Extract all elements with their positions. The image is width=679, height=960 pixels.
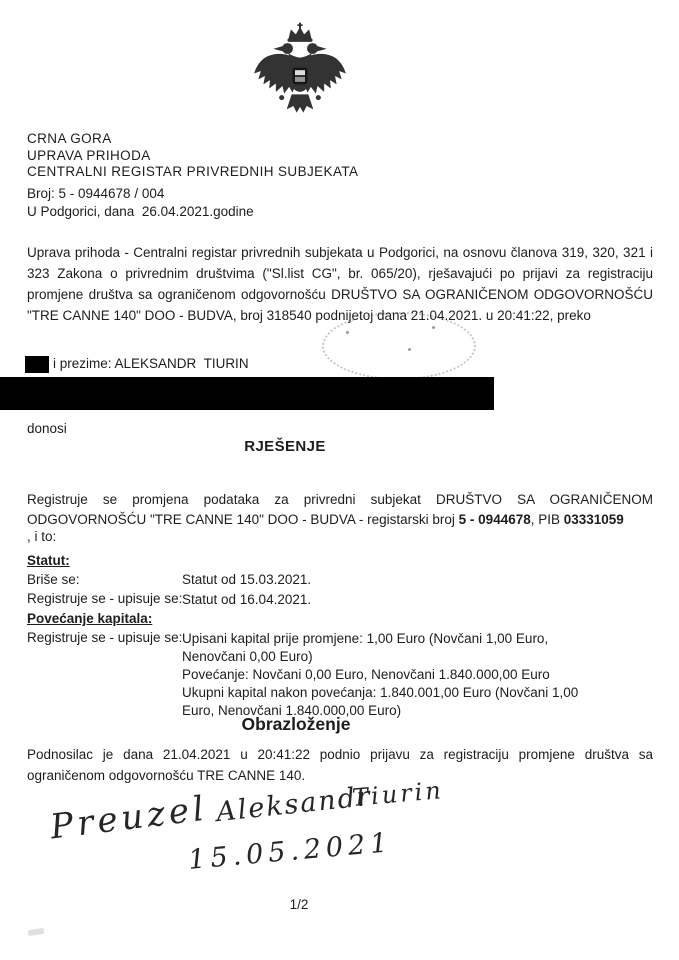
montenegro-coat-of-arms-icon — [250, 20, 350, 132]
section-title-statut: Statut: — [27, 553, 70, 568]
redaction-box-small — [25, 356, 49, 373]
scan-smudge — [28, 928, 45, 936]
handwritten-name-first: Aleksandr — [215, 781, 373, 828]
letterhead-country: CRNA GORA — [27, 131, 358, 148]
row-value-kapital: Upisani kapital prije promjene: 1,00 Eur… — [182, 630, 654, 720]
submitter-label: i prezime: — [53, 356, 115, 371]
row-label: Briše se: — [27, 572, 80, 587]
submitter-name: ALEKSANDR TIURIN — [115, 356, 249, 371]
decision-heading: RJEŠENJE — [244, 438, 326, 455]
donosi-word: donosi — [27, 421, 67, 436]
coat-of-arms — [250, 20, 350, 137]
row-value: Statut od 15.03.2021. — [182, 572, 311, 587]
registry-number: 5 - 0944678 — [459, 512, 531, 527]
letterhead-authority: UPRAVA PRIHODA — [27, 148, 358, 165]
scan-speck — [346, 331, 349, 334]
pib-separator: , PIB — [531, 512, 564, 527]
scan-speck — [408, 348, 411, 351]
explanation-paragraph: Podnosilac je dana 21.04.2021 u 20:41:22… — [27, 744, 653, 786]
row-label: Registruje se - upisuje se: — [27, 630, 182, 645]
letterhead: CRNA GORA UPRAVA PRIHODA CENTRALNI REGIS… — [27, 131, 358, 181]
place-and-date: U Podgorici, dana 26.04.2021.godine — [27, 204, 254, 219]
intro-paragraph: Uprava prihoda - Centralni registar priv… — [27, 242, 653, 326]
page-number: 1/2 — [283, 897, 315, 912]
faint-stamp-remnant — [322, 312, 476, 380]
handwritten-word-preuzel: Preuzel — [48, 789, 210, 848]
pib-number: 03331059 — [564, 512, 624, 527]
row-value: Statut od 16.04.2021. — [182, 592, 311, 607]
row-label: Registruje se - upisuje se: — [27, 591, 182, 606]
letterhead-registry: CENTRALNI REGISTAR PRIVREDNIH SUBJEKATA — [27, 164, 358, 181]
section-title-kapital: Povećanje kapitala: — [27, 611, 152, 626]
redaction-bar-large — [0, 377, 494, 410]
submitter-line: i prezime: ALEKSANDR TIURIN — [53, 356, 249, 371]
scan-speck — [432, 326, 435, 329]
decision-paragraph: Registruje se promjena podataka za privr… — [27, 490, 653, 530]
explanation-heading: Obrazloženje — [242, 714, 351, 735]
decision-tail: , i to: — [27, 529, 56, 544]
handwritten-date: 15.05.2021 — [187, 827, 394, 876]
case-number: Broj: 5 - 0944678 / 004 — [27, 186, 164, 201]
scanned-document-page: CRNA GORA UPRAVA PRIHODA CENTRALNI REGIS… — [0, 0, 679, 960]
